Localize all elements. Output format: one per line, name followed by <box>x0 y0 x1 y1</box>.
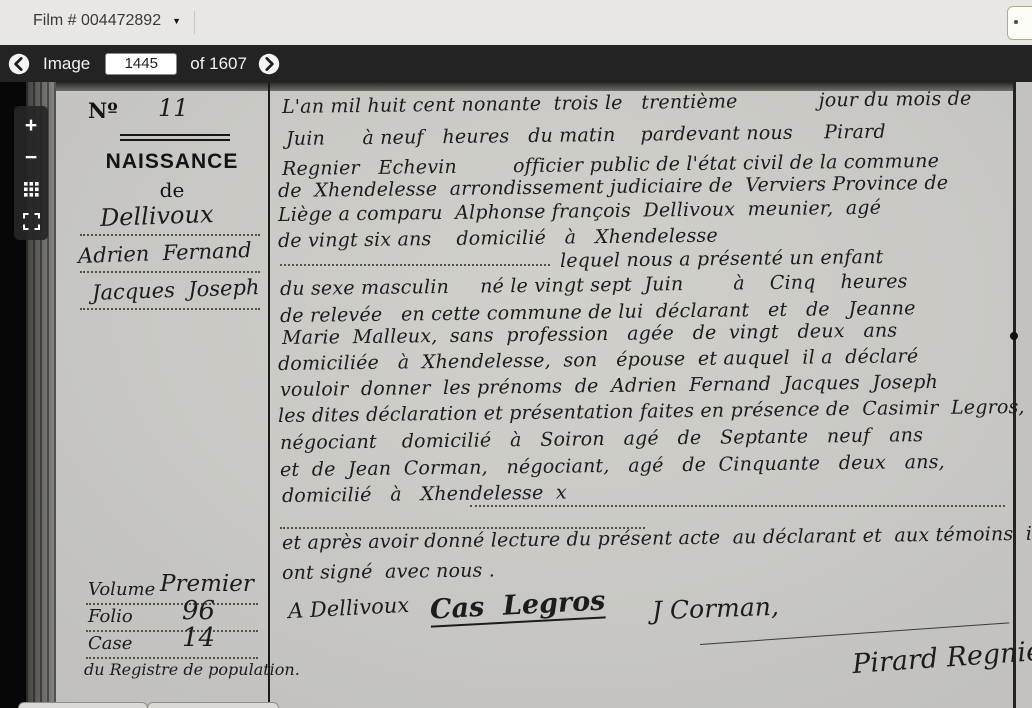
volume-label: Volume <box>88 579 155 600</box>
case-label: Case <box>88 633 132 654</box>
signature-declarant: A Dellivoux <box>287 593 409 623</box>
dotted-line <box>280 264 550 266</box>
previous-image-button[interactable] <box>8 53 30 75</box>
act-body-line: Liège a comparu Alphonse françois Delliv… <box>278 197 881 226</box>
chevron-right-circle-icon <box>258 53 280 75</box>
signature-witness-1: Cas Legros <box>429 585 606 627</box>
topbar-divider <box>194 11 195 34</box>
act-body-line: Juin à neuf heures du matin pardevant no… <box>286 121 886 150</box>
child-forenames-2: Jacques Joseph <box>92 275 260 305</box>
act-body-line: et de Jean Corman, négociant, agé de Cin… <box>280 451 945 481</box>
record-viewer-app: { "film_bar": { "film_label": "Film # 00… <box>0 0 1032 708</box>
film-selector-dropdown[interactable]: Film # 004472892 ▼ <box>33 12 181 30</box>
register-column-rule <box>268 82 270 708</box>
image-label: Image <box>43 54 90 74</box>
act-of-label: de <box>88 178 256 202</box>
chevron-left-circle-icon <box>8 53 30 75</box>
film-bar: Film # 004472892 ▼ <box>0 0 1032 46</box>
act-body-line: négociant domicilié à Soiron agé de Sept… <box>280 424 923 454</box>
fullscreen-brackets-icon <box>23 213 40 230</box>
signature-witness-2: J Corman, <box>652 592 780 625</box>
viewer-zoom-controls: + − <box>14 106 48 240</box>
act-body-line: les dites déclaration et présentation fa… <box>278 396 1025 427</box>
dotted-line <box>80 271 260 273</box>
next-image-button[interactable] <box>258 53 280 75</box>
zoom-in-button[interactable]: + <box>17 111 45 139</box>
ink-blot <box>1010 332 1018 340</box>
image-total-label: of 1607 <box>190 54 247 74</box>
act-body-line: domiciliée à Xhendelesse, son épouse et … <box>278 345 919 375</box>
caret-down-icon: ▼ <box>172 17 181 26</box>
bottom-toolbar-button-1[interactable] <box>18 702 148 708</box>
act-title: NAISSANCE <box>88 150 256 174</box>
zoom-out-button[interactable]: − <box>17 143 45 171</box>
child-forenames-1: Adrien Fernand <box>78 238 252 268</box>
dotted-line <box>86 657 258 659</box>
unknown-glyph-icon <box>1014 20 1018 24</box>
film-number-label: Film # 004472892 <box>33 12 161 30</box>
act-body-line: domicilié à Xhendelesse x <box>282 482 567 507</box>
act-number: 11 <box>158 94 189 122</box>
act-body-line: lequel nous a présenté un enfant <box>560 246 884 272</box>
folio-label: Folio <box>88 606 133 627</box>
dotted-line <box>86 630 258 632</box>
image-number-input[interactable] <box>105 53 177 75</box>
grid-view-button[interactable] <box>17 175 45 203</box>
folio-value: 96 <box>182 596 215 626</box>
dotted-line <box>80 308 260 310</box>
dotted-line <box>470 505 1005 507</box>
act-body-line: ont signé avec nous . <box>282 559 495 584</box>
child-surname: Dellivoux <box>100 200 214 232</box>
partial-corner-button[interactable] <box>1007 6 1032 40</box>
case-value: 14 <box>182 623 215 653</box>
image-nav-bar: Image of 1607 <box>0 45 1032 82</box>
register-note: du Registre de population. <box>84 660 300 679</box>
fullscreen-button[interactable] <box>17 207 45 235</box>
act-no-label: Nº <box>88 98 118 123</box>
act-body-line: du sexe masculin né le vingt sept Juin à… <box>280 270 908 300</box>
volume-value: Premier <box>160 571 254 597</box>
dotted-line <box>80 234 260 236</box>
thumbnail-grid-icon <box>24 182 39 197</box>
act-body-line: vouloir donner les prénoms de Adrien Fer… <box>280 371 938 401</box>
dotted-line <box>86 603 258 605</box>
signature-officer: Pirard Regnier <box>851 635 1032 680</box>
margin-double-rule <box>120 134 230 141</box>
document-image-canvas[interactable]: + − Nº 11 NAISSANCE de Dellivoux Adrien … <box>0 82 1032 708</box>
act-body-line: L'an mil huit cent nonante trois le tren… <box>282 88 972 118</box>
bottom-toolbar-button-2[interactable] <box>147 702 279 708</box>
